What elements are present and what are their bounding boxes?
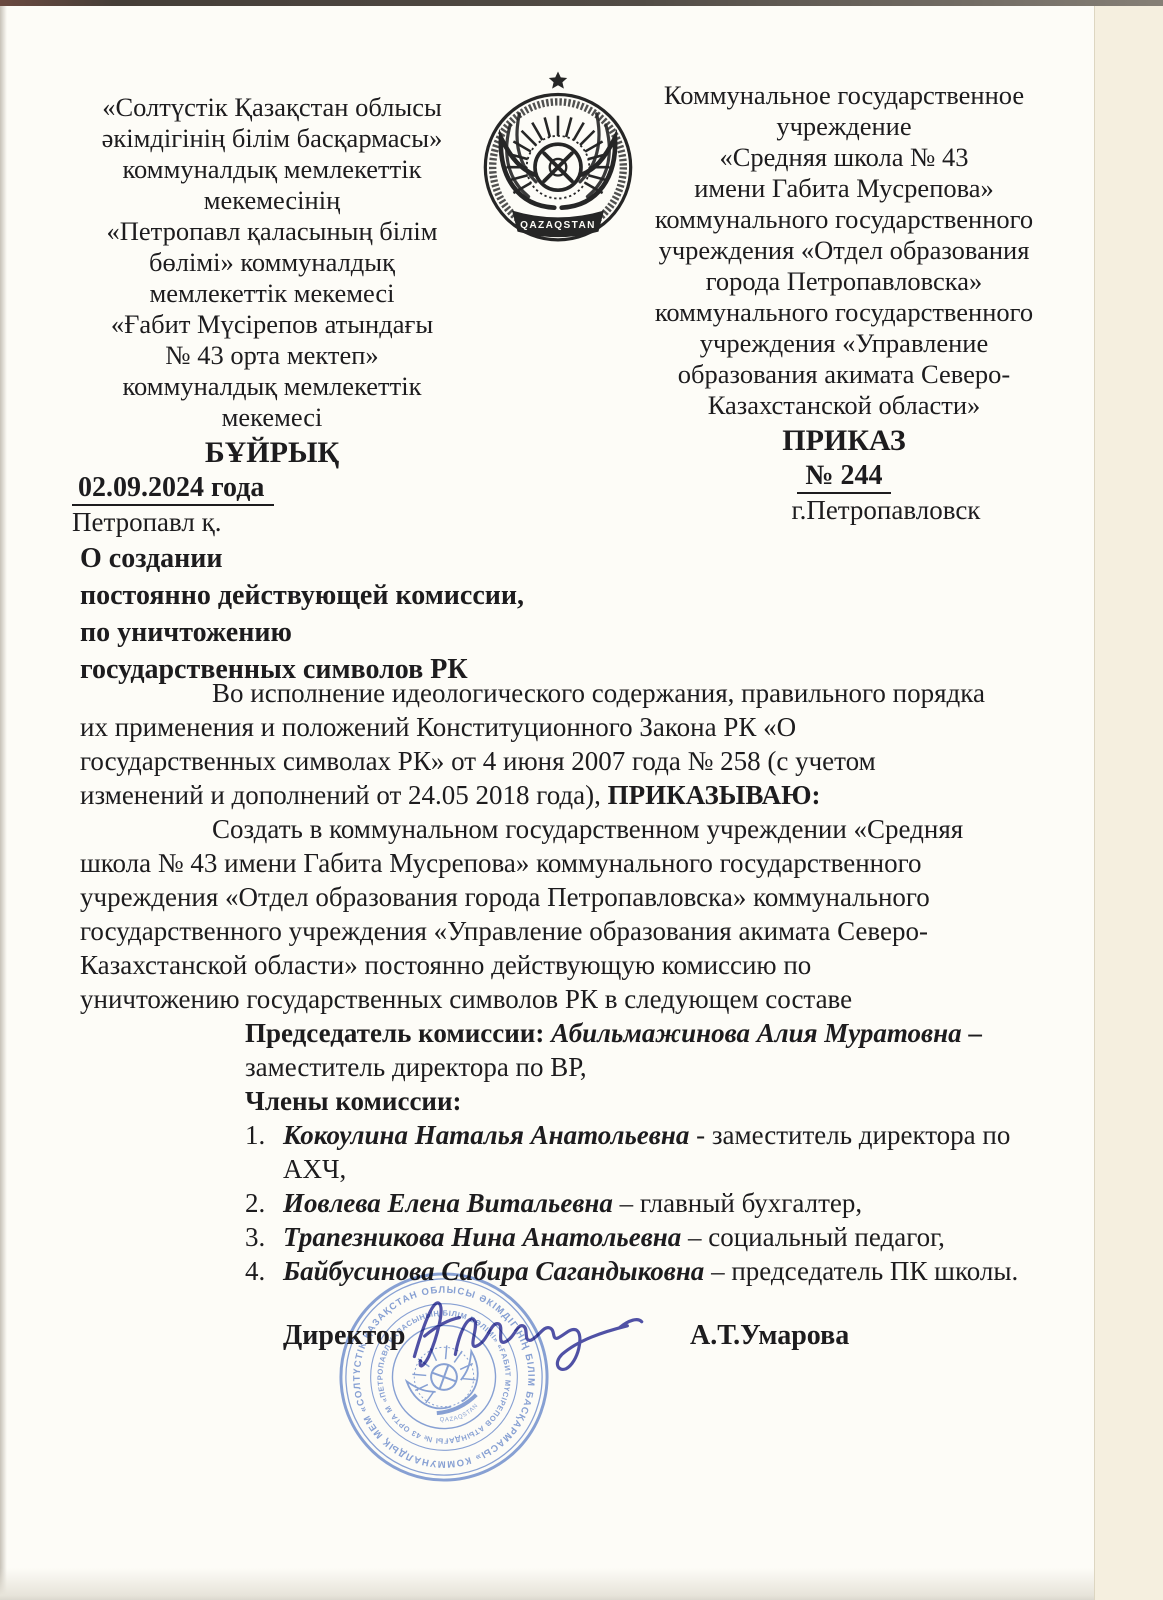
member-item: 2. Иовлева Елена Витальевна – главный бу…	[245, 1186, 1025, 1220]
commission-section: Председатель комиссии: Абильмажинова Али…	[245, 1016, 1025, 1288]
org-line-kk: мемлекеттік мекемесі	[72, 278, 472, 309]
svg-text:QAZAQSTAN: QAZAQSTAN	[437, 1400, 482, 1429]
scan-edge-right	[1094, 6, 1163, 1600]
director-signature	[398, 1282, 654, 1386]
member-role: председатель ПК школы.	[731, 1256, 1018, 1286]
order-city-kazakh: Петропавл қ.	[72, 506, 472, 538]
order-number: № 244	[644, 460, 1044, 494]
emblem-cell: QAZAQSTAN	[472, 80, 644, 538]
order-title-russian: ПРИКАЗ	[644, 423, 1044, 459]
order-title-kazakh: БҰЙРЫҚ	[72, 435, 472, 471]
org-line-ru: имени Габита Мусрепова»	[644, 173, 1044, 204]
resolution-paragraph: Создать в коммунальном государственном у…	[80, 812, 1025, 1016]
order-date: 02.09.2024 года	[72, 472, 472, 506]
member-number: 2.	[245, 1186, 283, 1220]
org-line-kk: коммуналдық мемлекеттік	[72, 154, 472, 185]
body-line: Казахстанской области» постоянно действу…	[80, 948, 1025, 982]
org-line-kk: мекемесі	[72, 402, 472, 433]
subject-line: О создании	[80, 540, 524, 577]
signature-name: А.Т.Умарова	[690, 1320, 849, 1352]
scan-edge-bottom	[0, 1568, 1094, 1600]
member-text: Трапезникова Нина Анатольевна – социальн…	[283, 1220, 945, 1254]
org-line-ru: города Петропавловска»	[644, 266, 1044, 297]
member-number: 1.	[245, 1118, 283, 1152]
org-line-ru: «Средняя школа № 43	[644, 142, 1044, 173]
scanned-document-page: «Солтүстік Қазақстан облысы әкімдігінің …	[0, 0, 1163, 1600]
scan-edge-left	[0, 6, 7, 1600]
order-city-russian: г.Петропавловск	[686, 494, 1086, 526]
member-role: социальный педагог,	[708, 1222, 945, 1252]
svg-text:QAZAQSTAN: QAZAQSTAN	[520, 220, 596, 231]
subject-line: по уничтожению	[80, 614, 524, 651]
body-line: Во исполнение идеологического содержания…	[80, 676, 1025, 710]
member-text: Иовлева Елена Витальевна – главный бухга…	[283, 1186, 862, 1220]
member-name: Иовлева Елена Витальевна	[283, 1188, 613, 1218]
org-name-russian-block: Коммунальное государственное учреждение …	[644, 80, 1044, 538]
members-heading: Члены комиссии:	[245, 1084, 1025, 1118]
chair-role: заместитель директора по ВР,	[245, 1050, 1025, 1084]
org-line-kk: «Солтүстік Қазақстан облысы	[72, 92, 472, 123]
document-header: «Солтүстік Қазақстан облысы әкімдігінің …	[72, 80, 1044, 538]
org-line-ru: учреждение	[644, 111, 1044, 142]
org-line-kk: № 43 орта мектеп»	[72, 340, 472, 371]
member-name: Трапезникова Нина Анатольевна	[283, 1222, 681, 1252]
prikazyvaiu-word: ПРИКАЗЫВАЮ:	[608, 780, 821, 810]
org-line-kk: «Петропавл қаласының білім	[72, 216, 472, 247]
chair-name: Абильмажинова Алия Муратовна	[551, 1018, 962, 1048]
body-line: школа № 43 имени Габита Мусрепова» комму…	[80, 846, 1025, 880]
org-line-ru: коммунального государственного	[644, 204, 1044, 235]
body-line: государственного учреждения «Управление …	[80, 914, 1025, 948]
body-line: изменений и дополнений от 24.05 2018 год…	[80, 778, 1025, 812]
scan-edge-top	[0, 0, 1163, 6]
org-line-ru: учреждения «Отдел образования	[644, 235, 1044, 266]
member-name: Кокоулина Наталья Анатольевна	[283, 1120, 689, 1150]
org-line-kk: мекемесінің	[72, 185, 472, 216]
org-line-kk: бөлімі» коммуналдық	[72, 247, 472, 278]
org-line-ru: образования акимата Северо-	[644, 359, 1044, 390]
member-role: главный бухгалтер,	[640, 1188, 862, 1218]
member-number: 4.	[245, 1254, 283, 1288]
body-line: уничтожению государственных символов РК …	[80, 982, 1025, 1016]
order-subject-block: О создании постоянно действующей комисси…	[80, 540, 524, 688]
org-line-ru: учреждения «Управление	[644, 328, 1044, 359]
body-line: их применения и положений Конституционно…	[80, 710, 1025, 744]
member-item: 3. Трапезникова Нина Анатольевна – социа…	[245, 1220, 1025, 1254]
org-name-kazakh-block: «Солтүстік Қазақстан облысы әкімдігінің …	[72, 80, 472, 538]
body-line: учреждения «Отдел образования города Пет…	[80, 880, 1025, 914]
member-text: Кокоулина Наталья Анатольевна - заместит…	[283, 1118, 1010, 1186]
signature-title: Директор	[283, 1320, 406, 1352]
org-line-ru: Казахстанской области»	[644, 390, 1044, 421]
member-item: 1. Кокоулина Наталья Анатольевна - замес…	[245, 1118, 1025, 1186]
org-line-kk: әкімдігінің білім басқармасы»	[72, 123, 472, 154]
org-line-kk: коммуналдық мемлекеттік	[72, 371, 472, 402]
order-body: Во исполнение идеологического содержания…	[80, 676, 1025, 1288]
member-number: 3.	[245, 1220, 283, 1254]
preamble-paragraph: Во исполнение идеологического содержания…	[80, 676, 1025, 812]
subject-line: постоянно действующей комиссии,	[80, 577, 524, 614]
body-line: государственных символах РК» от 4 июня 2…	[80, 744, 1025, 778]
kazakhstan-emblem-icon: QAZAQSTAN	[475, 66, 641, 250]
org-line-ru: коммунального государственного	[644, 297, 1044, 328]
chair-line: Председатель комиссии: Абильмажинова Али…	[245, 1016, 1025, 1050]
body-line: Создать в коммунальном государственном у…	[80, 812, 1025, 846]
org-line-kk: «Ғабит Мүсірепов атындағы	[72, 309, 472, 340]
org-line-ru: Коммунальное государственное	[644, 80, 1044, 111]
